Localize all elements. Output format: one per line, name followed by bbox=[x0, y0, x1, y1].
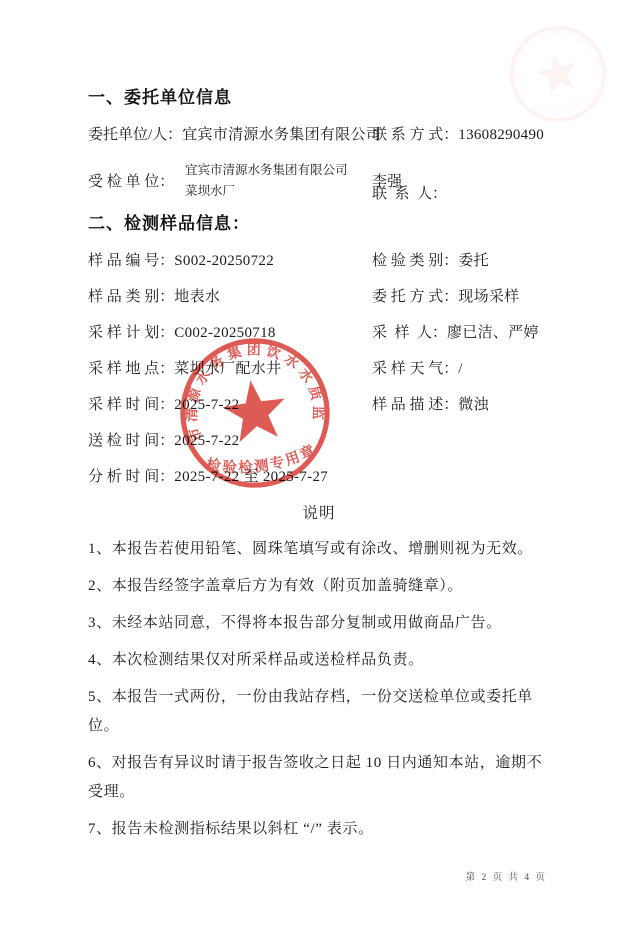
sample-description-value: 微浊 bbox=[458, 397, 489, 413]
contact-person-label: 联 系 人： bbox=[372, 184, 447, 204]
sample-row: 送 检 时 间：2025-7-22 bbox=[88, 431, 550, 451]
contact-number-label: 联 系 方 式： bbox=[372, 127, 458, 143]
analysis-time-value: 2025-7-22 至 2025-7-27 bbox=[174, 469, 328, 485]
sample-category-value: 地表水 bbox=[174, 289, 220, 305]
section-heading-sample: 二、检测样品信息： bbox=[88, 212, 550, 236]
commission-mode-label: 委 托 方 式： bbox=[372, 289, 458, 305]
contact-number-pair: 联 系 方 式：13608290490 bbox=[372, 125, 544, 145]
note-item-7: 7、报告未检测指标结果以斜杠 “/” 表示。 bbox=[88, 815, 550, 844]
note-item-1: 1、本报告若使用铅笔、圆珠笔填写或有涂改、增删则视为无效。 bbox=[88, 535, 550, 564]
commission-mode-pair: 委 托 方 式：现场采样 bbox=[372, 287, 519, 307]
sampling-plan-value: C002-20250718 bbox=[174, 325, 275, 341]
sampling-weather-pair: 采 样 天 气：/ bbox=[372, 359, 463, 379]
inspected-unit-value: 宜宾市清源水务集团有限公司 菜坝水厂 bbox=[185, 160, 348, 202]
sampler-value: 廖已洁、严婷 bbox=[447, 325, 539, 341]
sampling-plan-label: 采 样 计 划： bbox=[88, 325, 174, 341]
sample-description-label: 样 品 描 述： bbox=[372, 397, 458, 413]
sampling-location-value: 菜坝水厂配水井 bbox=[174, 361, 281, 377]
sampling-time-value: 2025-7-22 bbox=[174, 397, 239, 413]
section-heading-client: 一、委托单位信息 bbox=[88, 86, 550, 110]
client-row-1: 委托单位/人：宜宾市清源水务集团有限公司 联 系 方 式：13608290490 bbox=[88, 125, 550, 145]
inspection-type-label: 检 验 类 别： bbox=[372, 253, 458, 269]
inspected-unit-label: 受 检 单 位： bbox=[88, 172, 174, 192]
sampling-weather-value: / bbox=[458, 361, 462, 377]
inspected-unit-line1: 宜宾市清源水务集团有限公司 bbox=[185, 160, 348, 181]
client-value: 宜宾市清源水务集团有限公司 bbox=[182, 127, 381, 143]
sampling-time-label: 采 样 时 间： bbox=[88, 397, 174, 413]
contact-person-pair: 联 系 人：李强 bbox=[372, 172, 403, 192]
sample-id-value: S002-20250722 bbox=[174, 253, 274, 269]
note-item-4: 4、本次检测结果仅对所采样品或送检样品负责。 bbox=[88, 646, 550, 675]
sample-row: 采 样 地 点：菜坝水厂配水井 采 样 天 气：/ bbox=[88, 359, 550, 379]
note-item-6: 6、对报告有异议时请于报告签收之日起 10 日内通知本站，逾期不受理。 bbox=[88, 749, 550, 807]
page-number: 第 2 页 共 4 页 bbox=[466, 869, 547, 883]
notes-heading: 说明 bbox=[88, 503, 550, 525]
ghost-stamp-arc-text: 宜宾市清源水务集团饮水水质监测站 bbox=[494, 0, 631, 99]
delivery-time-value: 2025-7-22 bbox=[174, 433, 239, 449]
note-item-2: 2、本报告经签字盖章后方为有效（附页加盖骑缝章）。 bbox=[88, 572, 550, 601]
note-item-5: 5、本报告一式两份，一份由我站存档，一份交送检单位或委托单位。 bbox=[88, 683, 550, 741]
inspection-type-value: 委托 bbox=[458, 253, 489, 269]
sample-row: 样 品 类 别：地表水 委 托 方 式：现场采样 bbox=[88, 287, 550, 307]
analysis-time-label: 分 析 时 间： bbox=[88, 469, 174, 485]
sampling-weather-label: 采 样 天 气： bbox=[372, 361, 458, 377]
sample-row: 样 品 编 号：S002-20250722 检 验 类 别：委托 bbox=[88, 251, 550, 271]
sample-id-label: 样 品 编 号： bbox=[88, 253, 174, 269]
inspected-unit-line2: 菜坝水厂 bbox=[185, 181, 348, 202]
contact-number-value: 13608290490 bbox=[458, 127, 544, 143]
sample-row: 分 析 时 间：2025-7-22 至 2025-7-27 bbox=[88, 467, 550, 487]
sampling-location-label: 采 样 地 点： bbox=[88, 361, 174, 377]
sampler-pair: 采 样 人：廖已洁、严婷 bbox=[372, 323, 539, 343]
sample-row: 采 样 时 间：2025-7-22 样 品 描 述：微浊 bbox=[88, 395, 550, 415]
client-label: 委托单位/人： bbox=[88, 127, 182, 143]
inspected-unit-row: 受 检 单 位： 宜宾市清源水务集团有限公司 菜坝水厂 联 系 人：李强 bbox=[88, 160, 550, 204]
sample-description-pair: 样 品 描 述：微浊 bbox=[372, 395, 489, 415]
delivery-time-label: 送 检 时 间： bbox=[88, 433, 174, 449]
note-item-3: 3、未经本站同意，不得将本报告部分复制或用做商品广告。 bbox=[88, 609, 550, 638]
report-page: 一、委托单位信息 委托单位/人：宜宾市清源水务集团有限公司 联 系 方 式：13… bbox=[0, 0, 631, 926]
commission-mode-value: 现场采样 bbox=[458, 289, 519, 305]
report-content: 一、委托单位信息 委托单位/人：宜宾市清源水务集团有限公司 联 系 方 式：13… bbox=[88, 86, 550, 852]
sample-category-label: 样 品 类 别： bbox=[88, 289, 174, 305]
sample-row: 采 样 计 划：C002-20250718 采 样 人：廖已洁、严婷 bbox=[88, 323, 550, 343]
sampler-label: 采 样 人： bbox=[372, 325, 447, 341]
inspection-type-pair: 检 验 类 别：委托 bbox=[372, 251, 489, 271]
